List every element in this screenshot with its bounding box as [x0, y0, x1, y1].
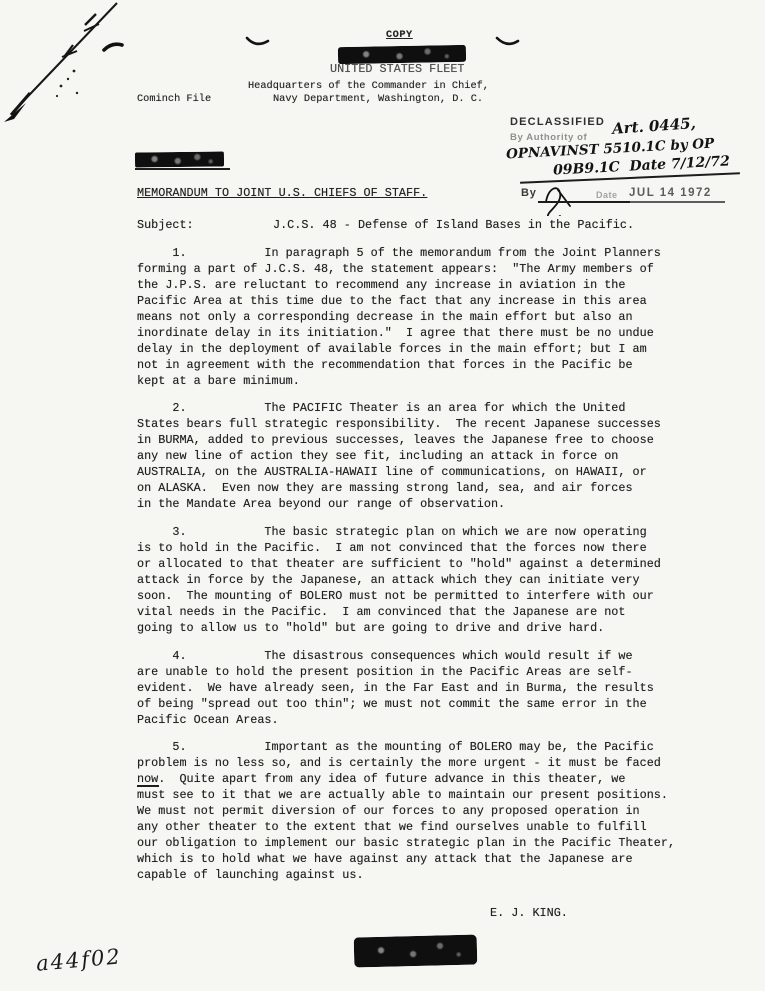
redaction-bar-top — [338, 45, 466, 64]
subject-value: J.C.S. 48 - Defense of Island Bases in t… — [273, 217, 634, 233]
date-underline — [627, 201, 725, 203]
copy-label: COPY — [386, 29, 413, 42]
date-stamp: JUL 14 1972 — [629, 187, 712, 199]
cominch-file-label: Cominch File — [137, 93, 211, 106]
subject-label: Subject: — [137, 217, 194, 233]
declass-signature — [538, 180, 580, 216]
now-underline — [137, 785, 159, 787]
paragraph-2: 2. The PACIFIC Theater is an area for wh… — [137, 400, 682, 512]
by-underline — [538, 201, 630, 203]
paragraph-5: 5. Important as the mounting of BOLERO m… — [137, 739, 682, 883]
declassified-stamp: DECLASSIFIED — [510, 116, 605, 128]
bottom-redaction-stamp — [354, 935, 478, 968]
secret-strike-line — [135, 168, 230, 170]
memo-heading: MEMORANDUM TO JOINT U.S. CHIEFS OF STAFF… — [137, 185, 427, 201]
headquarters-line: Headquarters of the Commander in Chief, — [248, 80, 489, 93]
department-line: Navy Department, Washington, D. C. — [273, 93, 483, 106]
paragraph-4: 4. The disastrous consequences which wou… — [137, 648, 682, 728]
paragraph-1: 1. In paragraph 5 of the memorandum from… — [137, 245, 682, 389]
date-stamp-label: Date — [596, 190, 618, 200]
authority-stamp: By Authority of — [510, 132, 587, 143]
by-stamp-label: By — [521, 187, 537, 199]
signature-name: E. J. KING. — [490, 905, 568, 921]
paragraph-3: 3. The basic strategic plan on which we … — [137, 524, 682, 636]
secret-redaction-bar — [135, 152, 224, 168]
scanned-memo-page: COPY UNITED STATES FLEET Headquarters of… — [0, 0, 765, 991]
